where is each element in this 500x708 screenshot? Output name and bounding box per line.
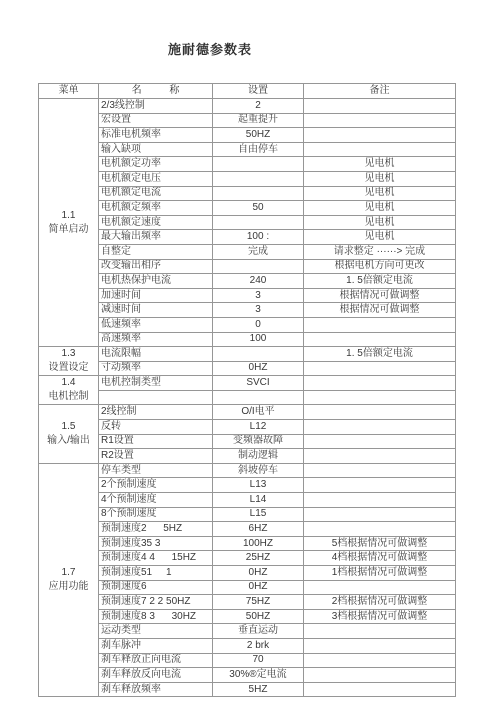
setting-cell: 垂直运动 — [213, 624, 304, 639]
table-row — [39, 390, 456, 405]
remark-cell — [304, 128, 456, 143]
setting-cell: L15 — [213, 507, 304, 522]
menu-number: 1.7 — [41, 566, 96, 580]
name-cell: R2设置 — [99, 449, 213, 464]
table-row: 加速时间3根据情况可做调整 — [39, 288, 456, 303]
setting-cell: 70 — [213, 653, 304, 668]
remark-cell — [304, 507, 456, 522]
setting-cell: 3 — [213, 303, 304, 318]
table-row: 预制速度60HZ — [39, 580, 456, 595]
remark-cell — [304, 142, 456, 157]
setting-cell: 3 — [213, 288, 304, 303]
table-row: 电机额定电流见电机 — [39, 186, 456, 201]
menu-number: 1.3 — [41, 347, 96, 361]
remark-cell: 见电机 — [304, 186, 456, 201]
name-cell: 2/3线控制 — [99, 99, 213, 114]
name-cell: 预制速度4 4 15HZ — [99, 551, 213, 566]
table-row: 减速时间3根据情况可做调整 — [39, 303, 456, 318]
table-row: 电机额定功率见电机 — [39, 157, 456, 172]
table-row: 2个预制速度L13 — [39, 478, 456, 493]
name-cell: 2个预制速度 — [99, 478, 213, 493]
name-cell: 4个预制速度 — [99, 493, 213, 508]
table-row: 8个预制速度L15 — [39, 507, 456, 522]
name-cell: R1设置 — [99, 434, 213, 449]
remark-cell — [304, 332, 456, 347]
table-row: 预制速度7 2 2 50HZ75HZ2档根据情况可做调整 — [39, 595, 456, 610]
setting-cell: 变频器故障 — [213, 434, 304, 449]
setting-cell: 50HZ — [213, 128, 304, 143]
name-cell: 2线控制 — [99, 405, 213, 420]
page-title: 施耐德参数表 — [0, 39, 420, 58]
name-cell: 运动类型 — [99, 624, 213, 639]
setting-cell: 0HZ — [213, 361, 304, 376]
remark-cell: 见电机 — [304, 201, 456, 216]
setting-cell — [213, 186, 304, 201]
table-row: 1.5输入/输出2线控制O/I电平 — [39, 405, 456, 420]
menu-cell-1.7: 1.7应用功能 — [39, 463, 99, 697]
name-cell: 电机额定电流 — [99, 186, 213, 201]
menu-label: 应用功能 — [41, 580, 96, 594]
table-row: 1.3设置设定电流限幅1. 5倍额定电流 — [39, 347, 456, 362]
name-cell: 减速时间 — [99, 303, 213, 318]
remark-cell: 1. 5倍额定电流 — [304, 347, 456, 362]
table-row: 低速频率0 — [39, 317, 456, 332]
name-cell: 改变输出相序 — [99, 259, 213, 274]
table-row: 高速频率100 — [39, 332, 456, 347]
name-cell: 预制速度6 — [99, 580, 213, 595]
name-cell: 电机控制类型 — [99, 376, 213, 391]
remark-cell: 根据情况可做调整 — [304, 303, 456, 318]
name-cell: 预制速度35 3 — [99, 536, 213, 551]
remark-cell — [304, 493, 456, 508]
table-row: 刹车释放频率5HZ — [39, 682, 456, 697]
name-cell: 停车类型 — [99, 463, 213, 478]
table-row: 改变输出相序根据电机方向可更改 — [39, 259, 456, 274]
name-cell: 刹车释放频率 — [99, 682, 213, 697]
name-cell: 低速频率 — [99, 317, 213, 332]
setting-cell: 75HZ — [213, 595, 304, 610]
table-row: 电机额定频率50见电机 — [39, 201, 456, 216]
remark-cell — [304, 99, 456, 114]
setting-cell: 起重提升 — [213, 113, 304, 128]
table-row: 预制速度4 4 15HZ25HZ4档根据情况可做调整 — [39, 551, 456, 566]
remark-cell: 请求整定 ······> 完成 — [304, 244, 456, 259]
menu-number: 1.5 — [41, 420, 96, 434]
name-cell: 刹车释放反向电流 — [99, 668, 213, 683]
table-row: 自整定完成请求整定 ······> 完成 — [39, 244, 456, 259]
remark-cell: 5档根据情况可做调整 — [304, 536, 456, 551]
setting-cell: 0HZ — [213, 580, 304, 595]
table-row: 电机额定速度见电机 — [39, 215, 456, 230]
setting-cell: L13 — [213, 478, 304, 493]
remark-cell — [304, 405, 456, 420]
setting-cell — [213, 171, 304, 186]
remark-cell: 见电机 — [304, 230, 456, 245]
header-remark: 备注 — [304, 84, 456, 99]
parameter-table: 菜单 名 称 设置 备注 1.1简单启动2/3线控制2宏设置起重提升标准电机频率… — [38, 83, 456, 697]
menu-label: 简单启动 — [41, 223, 96, 237]
name-cell: 高速频率 — [99, 332, 213, 347]
setting-cell: 0 — [213, 317, 304, 332]
table-row: R2设置制动逻辑 — [39, 449, 456, 464]
remark-cell — [304, 361, 456, 376]
table-row: 反转L12 — [39, 420, 456, 435]
menu-cell-1.3: 1.3设置设定 — [39, 347, 99, 376]
remark-cell — [304, 682, 456, 697]
name-cell: 刹车脉冲 — [99, 638, 213, 653]
remark-cell — [304, 624, 456, 639]
setting-cell: 240 — [213, 274, 304, 289]
setting-cell: 50HZ — [213, 609, 304, 624]
remark-cell: 根据电机方向可更改 — [304, 259, 456, 274]
table-row: 1.1简单启动2/3线控制2 — [39, 99, 456, 114]
remark-cell — [304, 478, 456, 493]
table-row: 预制速度51 10HZ1档根据情况可做调整 — [39, 566, 456, 581]
table-row: 宏设置起重提升 — [39, 113, 456, 128]
name-cell: 刹车释放正向电流 — [99, 653, 213, 668]
setting-cell: 2 brk — [213, 638, 304, 653]
name-cell: 预制速度8 3 30HZ — [99, 609, 213, 624]
name-cell: 预制速度2 5HZ — [99, 522, 213, 537]
remark-cell: 3档根据情况可做调整 — [304, 609, 456, 624]
setting-cell: 0HZ — [213, 566, 304, 581]
setting-cell: 100 : — [213, 230, 304, 245]
remark-cell: 根据情况可做调整 — [304, 288, 456, 303]
name-cell: 电机额定电压 — [99, 171, 213, 186]
remark-cell — [304, 522, 456, 537]
setting-cell: 6HZ — [213, 522, 304, 537]
table-row: 刹车释放反向电流30%®定电流 — [39, 668, 456, 683]
remark-cell: 1档根据情况可做调整 — [304, 566, 456, 581]
header-menu: 菜单 — [39, 84, 99, 99]
table-row: 寸动频率0HZ — [39, 361, 456, 376]
setting-cell: 2 — [213, 99, 304, 114]
name-cell: 加速时间 — [99, 288, 213, 303]
remark-cell — [304, 420, 456, 435]
setting-cell: L12 — [213, 420, 304, 435]
setting-cell: 斜坡停车 — [213, 463, 304, 478]
parameter-table-body: 1.1简单启动2/3线控制2宏设置起重提升标准电机频率50HZ输入缺项自由停车电… — [39, 99, 456, 697]
remark-cell: 见电机 — [304, 215, 456, 230]
setting-cell: 5HZ — [213, 682, 304, 697]
name-cell: 自整定 — [99, 244, 213, 259]
table-row: 输入缺项自由停车 — [39, 142, 456, 157]
table-row: 预制速度2 5HZ6HZ — [39, 522, 456, 537]
menu-number: 1.1 — [41, 209, 96, 223]
name-cell: 电机额定功率 — [99, 157, 213, 172]
setting-cell: O/I电平 — [213, 405, 304, 420]
table-row: 1.4电机控制电机控制类型SVCI — [39, 376, 456, 391]
name-cell: 8个预制速度 — [99, 507, 213, 522]
setting-cell: 制动逻辑 — [213, 449, 304, 464]
table-row: 预制速度35 3100HZ5档根据情况可做调整 — [39, 536, 456, 551]
name-cell: 电流限幅 — [99, 347, 213, 362]
remark-cell: 4档根据情况可做调整 — [304, 551, 456, 566]
remark-cell — [304, 390, 456, 405]
remark-cell — [304, 638, 456, 653]
name-cell: 寸动频率 — [99, 361, 213, 376]
setting-cell — [213, 215, 304, 230]
name-cell: 电机额定频率 — [99, 201, 213, 216]
header-setting: 设置 — [213, 84, 304, 99]
header-name: 名 称 — [99, 84, 213, 99]
name-cell: 标准电机频率 — [99, 128, 213, 143]
setting-cell: 25HZ — [213, 551, 304, 566]
remark-cell: 1. 5倍额定电流 — [304, 274, 456, 289]
name-cell: 宏设置 — [99, 113, 213, 128]
table-row: 预制速度8 3 30HZ50HZ3档根据情况可做调整 — [39, 609, 456, 624]
table-row: 标准电机频率50HZ — [39, 128, 456, 143]
name-cell: 预制速度7 2 2 50HZ — [99, 595, 213, 610]
setting-cell — [213, 157, 304, 172]
remark-cell — [304, 449, 456, 464]
setting-cell: 50 — [213, 201, 304, 216]
table-row: 刹车释放正向电流70 — [39, 653, 456, 668]
setting-cell: SVCI — [213, 376, 304, 391]
setting-cell: 100HZ — [213, 536, 304, 551]
setting-cell — [213, 347, 304, 362]
setting-cell — [213, 259, 304, 274]
remark-cell — [304, 463, 456, 478]
menu-label: 电机控制 — [41, 390, 96, 404]
setting-cell: 30%®定电流 — [213, 668, 304, 683]
remark-cell: 见电机 — [304, 157, 456, 172]
table-row: R1设置变频器故障 — [39, 434, 456, 449]
menu-number: 1.4 — [41, 376, 96, 390]
remark-cell — [304, 113, 456, 128]
name-cell: 电机额定速度 — [99, 215, 213, 230]
menu-cell-1.4: 1.4电机控制 — [39, 376, 99, 405]
remark-cell — [304, 580, 456, 595]
remark-cell — [304, 434, 456, 449]
name-cell: 输入缺项 — [99, 142, 213, 157]
table-row: 电机额定电压见电机 — [39, 171, 456, 186]
remark-cell: 2档根据情况可做调整 — [304, 595, 456, 610]
table-row: 刹车脉冲2 brk — [39, 638, 456, 653]
setting-cell: 100 — [213, 332, 304, 347]
table-row: 电机热保护电流2401. 5倍额定电流 — [39, 274, 456, 289]
menu-label: 输入/输出 — [41, 434, 96, 448]
name-cell: 最大输出频率 — [99, 230, 213, 245]
remark-cell — [304, 317, 456, 332]
setting-cell: 完成 — [213, 244, 304, 259]
header-row: 菜单 名 称 设置 备注 — [39, 84, 456, 99]
name-cell: 预制速度51 1 — [99, 566, 213, 581]
table-row: 运动类型垂直运动 — [39, 624, 456, 639]
table-row: 1.7应用功能停车类型斜坡停车 — [39, 463, 456, 478]
table-row: 4个预制速度L14 — [39, 493, 456, 508]
remark-cell — [304, 653, 456, 668]
remark-cell — [304, 376, 456, 391]
remark-cell — [304, 668, 456, 683]
name-cell — [99, 390, 213, 405]
menu-cell-1.1: 1.1简单启动 — [39, 99, 99, 347]
setting-cell — [213, 390, 304, 405]
table-row: 最大输出频率100 :见电机 — [39, 230, 456, 245]
name-cell: 反转 — [99, 420, 213, 435]
menu-cell-1.5: 1.5输入/输出 — [39, 405, 99, 463]
name-cell: 电机热保护电流 — [99, 274, 213, 289]
menu-label: 设置设定 — [41, 361, 96, 375]
setting-cell: L14 — [213, 493, 304, 508]
remark-cell: 见电机 — [304, 171, 456, 186]
setting-cell: 自由停车 — [213, 142, 304, 157]
